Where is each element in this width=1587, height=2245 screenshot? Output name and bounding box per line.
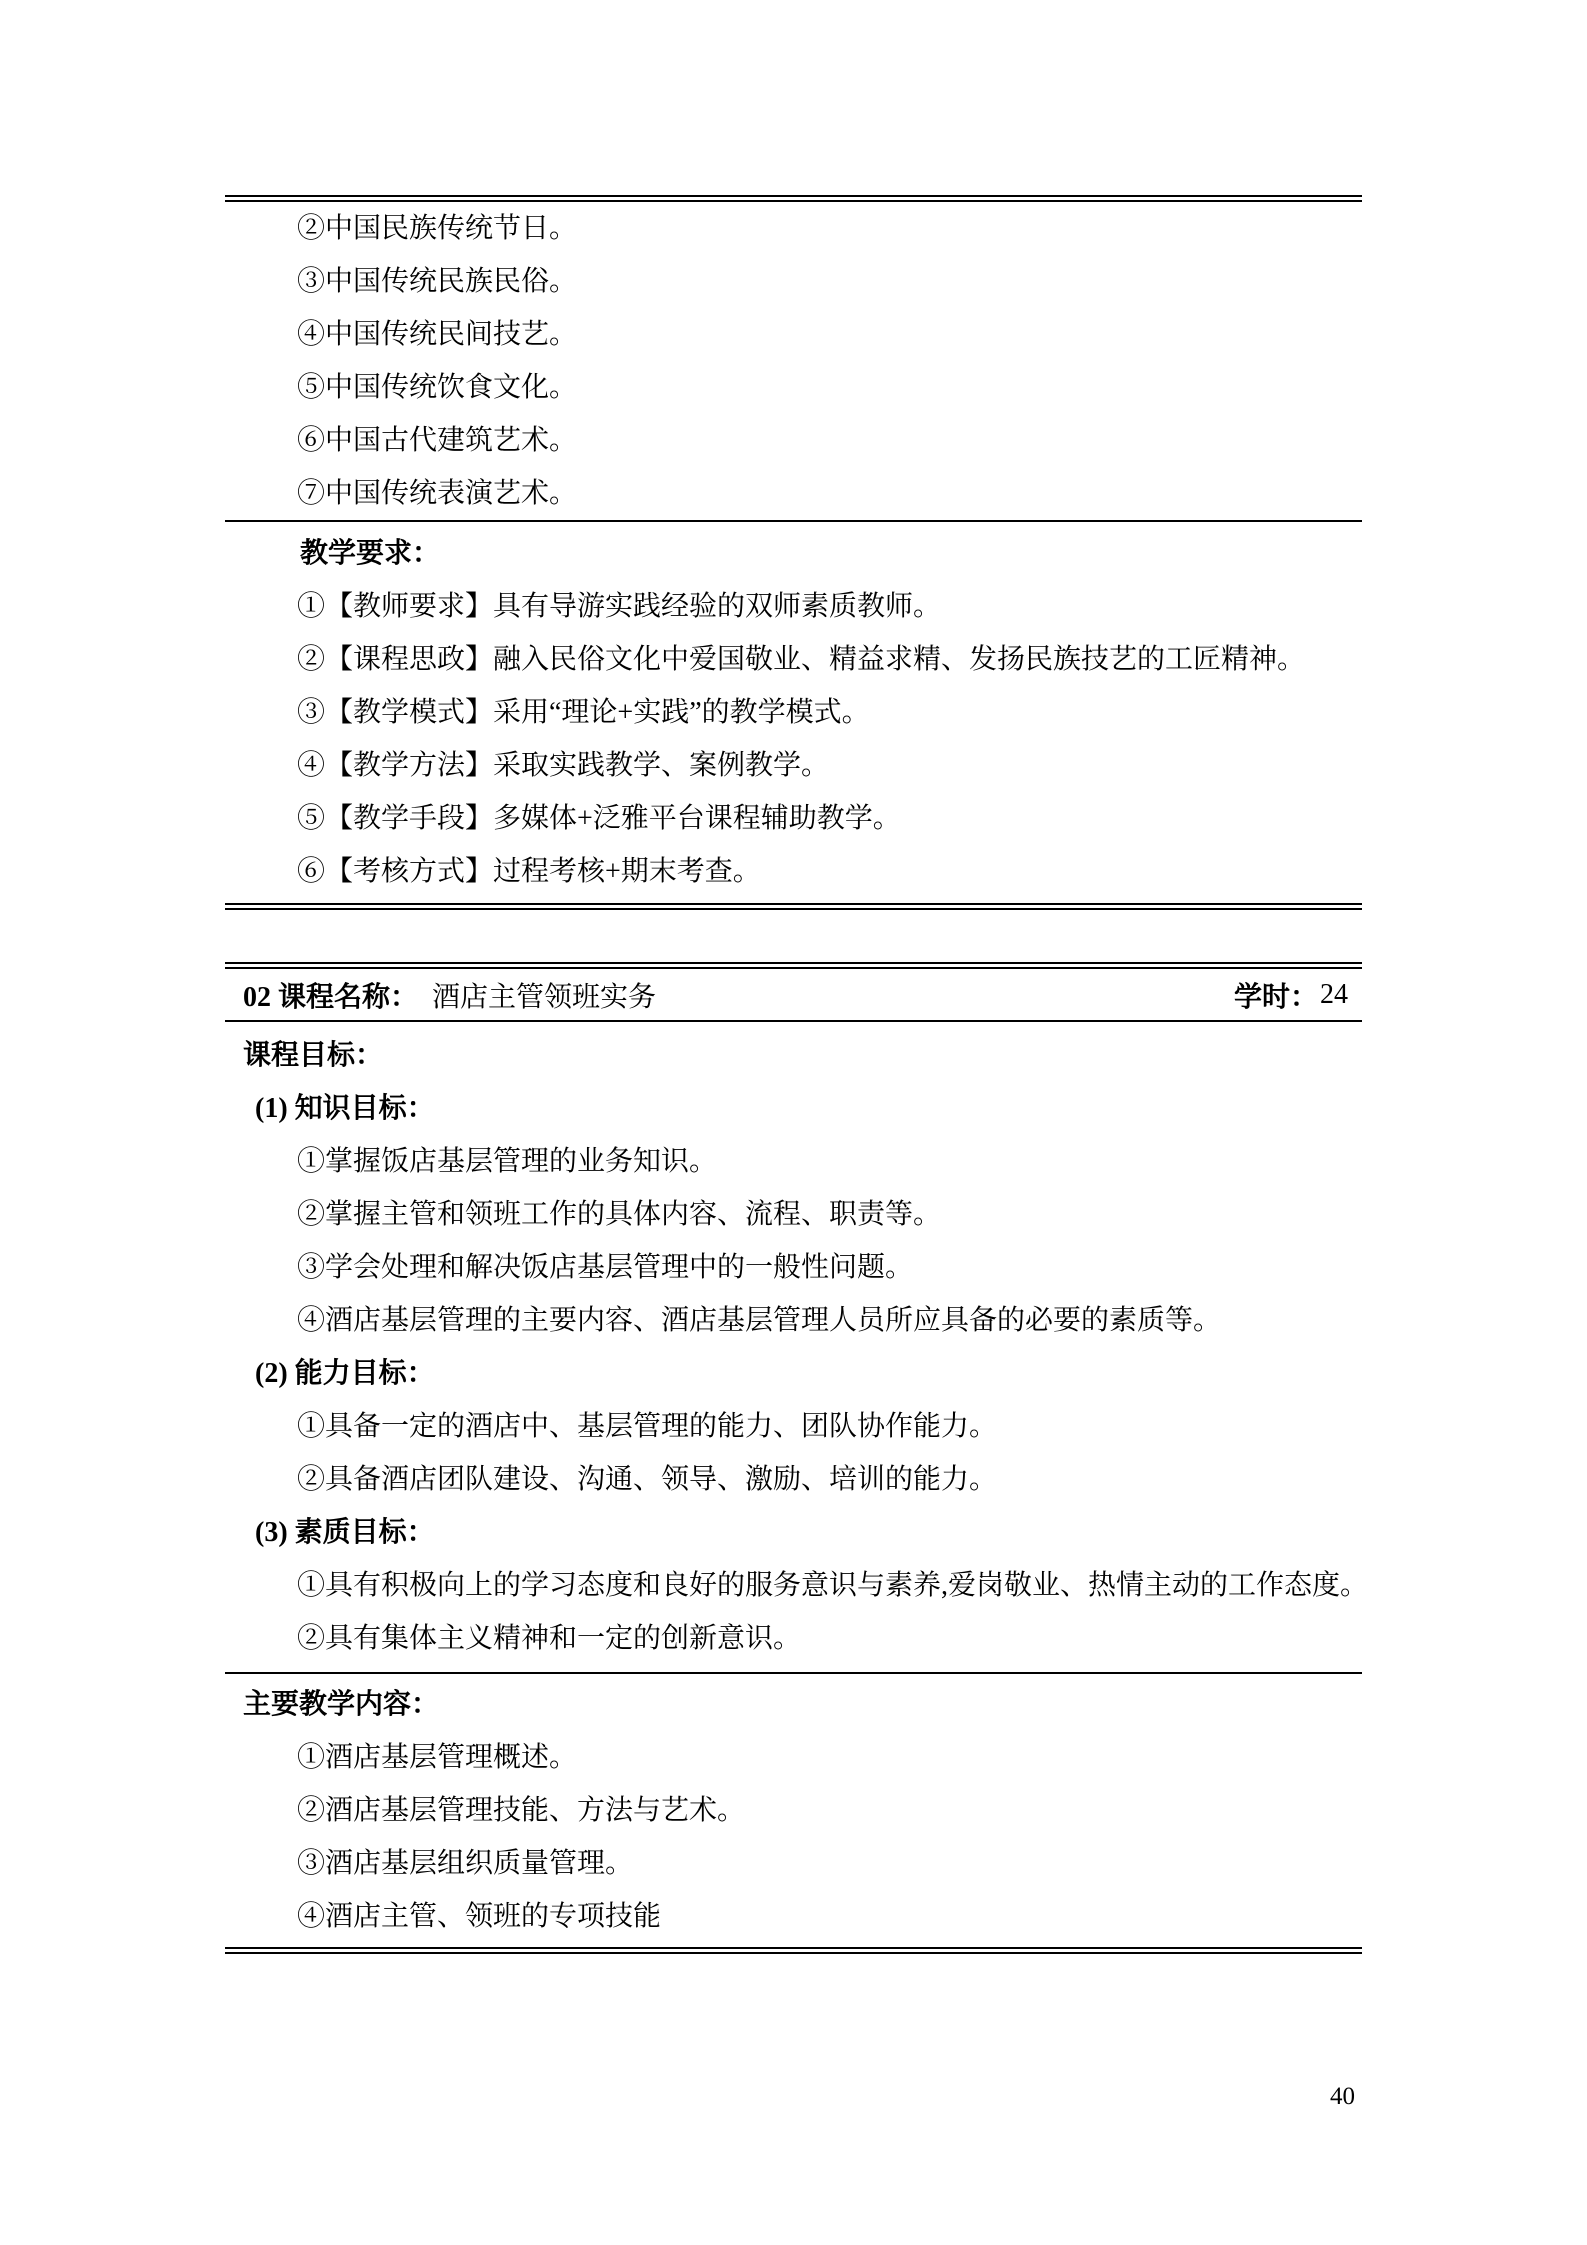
objective-item: ③学会处理和解决饭店基层管理中的一般性问题。: [225, 1241, 1362, 1294]
requirement-item: ③【教学模式】采用“理论+实践”的教学模式。: [225, 686, 1362, 739]
requirement-item: ⑤【教学手段】多媒体+泛雅平台课程辅助教学。: [225, 792, 1362, 845]
content-item: ⑥中国古代建筑艺术。: [225, 414, 1362, 467]
content-item: ④中国传统民间技艺。: [225, 308, 1362, 361]
section-gap: [225, 910, 1362, 962]
requirement-item: ①【教师要求】具有导游实践经验的双师素质教师。: [225, 580, 1362, 633]
teaching-requirements-section: 教学要求： ①【教师要求】具有导游实践经验的双师素质教师。 ②【课程思政】融入民…: [225, 522, 1362, 903]
quality-objectives-subheader: (3) 素质目标：: [225, 1506, 1362, 1559]
course-name-value: 酒店主管领班实务: [432, 975, 656, 1015]
teaching-content-item: ②酒店基层管理技能、方法与艺术。: [225, 1784, 1362, 1837]
knowledge-objectives-subheader: (1) 知识目标：: [225, 1082, 1362, 1135]
content-item: ⑤中国传统饮食文化。: [225, 361, 1362, 414]
divider-double-top: [225, 195, 1362, 202]
divider-double-bottom: [225, 1947, 1362, 1954]
objective-item: ②掌握主管和领班工作的具体内容、流程、职责等。: [225, 1188, 1362, 1241]
prev-course-content-section: ②中国民族传统节日。 ③中国传统民族民俗。 ④中国传统民间技艺。 ⑤中国传统饮食…: [225, 202, 1362, 520]
objective-item: ①具备一定的酒店中、基层管理的能力、团队协作能力。: [225, 1400, 1362, 1453]
objective-item: ④酒店基层管理的主要内容、酒店基层管理人员所应具备的必要的素质等。: [225, 1294, 1362, 1347]
document-page: ②中国民族传统节日。 ③中国传统民族民俗。 ④中国传统民间技艺。 ⑤中国传统饮食…: [0, 0, 1587, 2245]
teaching-content-item: ①酒店基层管理概述。: [225, 1731, 1362, 1784]
ability-objectives-subheader: (2) 能力目标：: [225, 1347, 1362, 1400]
course-objectives-header: 课程目标：: [225, 1029, 1362, 1082]
course-hours-value: 24: [1320, 979, 1348, 1011]
divider-double-section-end: [225, 903, 1362, 910]
requirement-item: ⑥【考核方式】过程考核+期末考查。: [225, 845, 1362, 898]
course-name-label: 02 课程名称：: [243, 975, 418, 1015]
divider-double-course-top: [225, 962, 1362, 969]
objective-item: ①掌握饭店基层管理的业务知识。: [225, 1135, 1362, 1188]
content-item: ⑦中国传统表演艺术。: [225, 467, 1362, 520]
teaching-content-item: ④酒店主管、领班的专项技能: [225, 1890, 1362, 1943]
teaching-requirements-header: 教学要求：: [225, 527, 1362, 580]
content-item: ③中国传统民族民俗。: [225, 255, 1362, 308]
requirement-item: ②【课程思政】融入民俗文化中爱国敬业、精益求精、发扬民族技艺的工匠精神。: [225, 633, 1362, 686]
page-content: ②中国民族传统节日。 ③中国传统民族民俗。 ④中国传统民间技艺。 ⑤中国传统饮食…: [225, 195, 1362, 1954]
course-objectives-section: 课程目标： (1) 知识目标： ①掌握饭店基层管理的业务知识。 ②掌握主管和领班…: [225, 1022, 1362, 1672]
page-number: 40: [1330, 2082, 1355, 2112]
objective-item: ②具有集体主义精神和一定的创新意识。: [225, 1612, 1362, 1665]
teaching-content-item: ③酒店基层组织质量管理。: [225, 1837, 1362, 1890]
requirement-item: ④【教学方法】采取实践教学、案例教学。: [225, 739, 1362, 792]
objective-item: ①具有积极向上的学习态度和良好的服务意识与素养,爱岗敬业、热情主动的工作态度。: [225, 1559, 1362, 1612]
course-hours-label: 学时：: [1234, 975, 1318, 1015]
content-item: ②中国民族传统节日。: [225, 202, 1362, 255]
teaching-content-header: 主要教学内容：: [225, 1678, 1362, 1731]
course-title-row: 02 课程名称： 酒店主管领班实务 学时： 24: [225, 969, 1362, 1022]
objective-item: ②具备酒店团队建设、沟通、领导、激励、培训的能力。: [225, 1453, 1362, 1506]
teaching-content-section: 主要教学内容： ①酒店基层管理概述。 ②酒店基层管理技能、方法与艺术。 ③酒店基…: [225, 1674, 1362, 1947]
